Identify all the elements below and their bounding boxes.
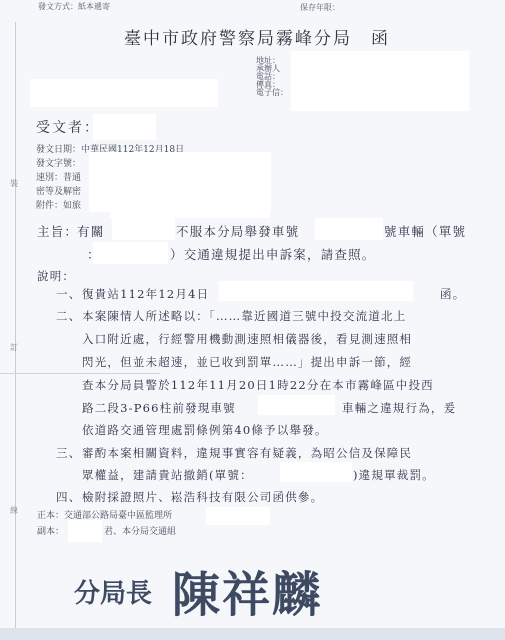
recipient-label: 受文者： xyxy=(36,117,100,137)
subject-text-1a: 有關 xyxy=(77,222,104,240)
retention-period: 保存年限： xyxy=(300,2,340,13)
speed-label: 速別：普通 xyxy=(36,170,81,183)
redacted-ticket-number-2 xyxy=(280,462,352,482)
official-letter-page: 裝 訂 線 發文方式：紙本遞寄 保存年限： 臺中市政府警察局霧峰分局 函 地址：… xyxy=(0,0,505,640)
redacted-contact-info xyxy=(291,51,469,111)
redacted-carbon-copy-name xyxy=(68,520,102,542)
redacted-reference-document xyxy=(219,281,413,301)
binding-line xyxy=(15,22,16,632)
redacted-complainant-name xyxy=(112,218,175,240)
subject-label: 主旨： xyxy=(37,222,78,240)
margin-mark-zhuang: 裝 xyxy=(10,178,18,189)
item-2-number: 二、 xyxy=(56,308,81,324)
redacted-postal-address xyxy=(30,79,218,107)
email-label: 電子信： xyxy=(256,89,288,97)
redacted-original-copy-detail xyxy=(206,507,270,525)
margin-mark-ding: 訂 xyxy=(10,342,18,353)
item-1-number: 一、 xyxy=(56,286,81,302)
item-2-line-5a: 路二段3-P66柱前發現車號 xyxy=(82,400,236,416)
signature-title: 分局長 xyxy=(74,573,152,610)
margin-mark-xian: 線 xyxy=(10,505,18,516)
item-2-line-3: 閃光，但並未超速，並已收到罰單……」提出申訴一節，經 xyxy=(82,354,412,370)
item-4-line-1: 檢附採證照片、崧浩科技有限公司函供參。 xyxy=(82,489,323,505)
explanation-label: 說明： xyxy=(37,268,75,284)
item-2-line-1: 本案陳情人所述略以：「……靠近國道三號中投交流道北上 xyxy=(82,308,406,324)
signature-name: 陳祥麟 xyxy=(172,556,322,625)
item-3-line-1: 審酌本案相關資料，違規事實容有疑義，為昭公信及保障民 xyxy=(82,445,412,461)
item-3-line-2b: )違規單裁罰。 xyxy=(353,467,435,483)
item-1-text-b: 函。 xyxy=(440,286,465,302)
redacted-ticket-number xyxy=(93,242,168,264)
subject-text-1c: 號車輛（單號 xyxy=(384,222,466,240)
scan-bottom-edge xyxy=(0,628,505,640)
redacted-plate-number xyxy=(315,218,383,240)
redacted-plate-number-2 xyxy=(258,395,335,415)
item-2-line-5b: 車輛之違規行為，爰 xyxy=(342,400,456,416)
item-2-line-6: 依道路交通管理處罰條例第40條予以舉發。 xyxy=(82,422,328,438)
carbon-copy-text: 君、本分局交通組 xyxy=(104,524,176,537)
delivery-method: 發文方式：紙本遞寄 xyxy=(38,1,110,12)
issue-number-label: 發文字號： xyxy=(36,156,81,169)
attachment-label: 附件：如旅 xyxy=(36,198,81,211)
subject-text-2b: ）交通違規提出申訴案，請查照。 xyxy=(170,245,376,263)
item-2-line-2: 入口附近處，行經警用機動測速照相儀器後，看見測速照相 xyxy=(82,331,412,347)
redacted-issue-details xyxy=(89,152,271,212)
classification-label: 密等及解密 xyxy=(36,184,81,197)
redacted-recipient xyxy=(93,114,156,140)
item-4-number: 四、 xyxy=(56,489,81,505)
item-1-text-a: 復貴站112年12月4日 xyxy=(82,286,209,302)
item-3-line-2a: 眾權益，建請貴站撤銷(單號： xyxy=(82,467,253,483)
subject-text-1b: 不服本分局舉發車號 xyxy=(176,222,299,240)
original-copy: 正本：交通部公路局臺中區監理所 xyxy=(37,508,172,521)
item-2-line-4: 查本分局員警於112年11月20日1時22分在本市霧峰區中投西 xyxy=(82,377,434,393)
carbon-copy-label: 副本： xyxy=(37,524,64,537)
document-title: 臺中市政府警察局霧峰分局 函 xyxy=(124,24,390,49)
cut-line xyxy=(0,373,160,374)
item-3-number: 三、 xyxy=(56,445,81,461)
